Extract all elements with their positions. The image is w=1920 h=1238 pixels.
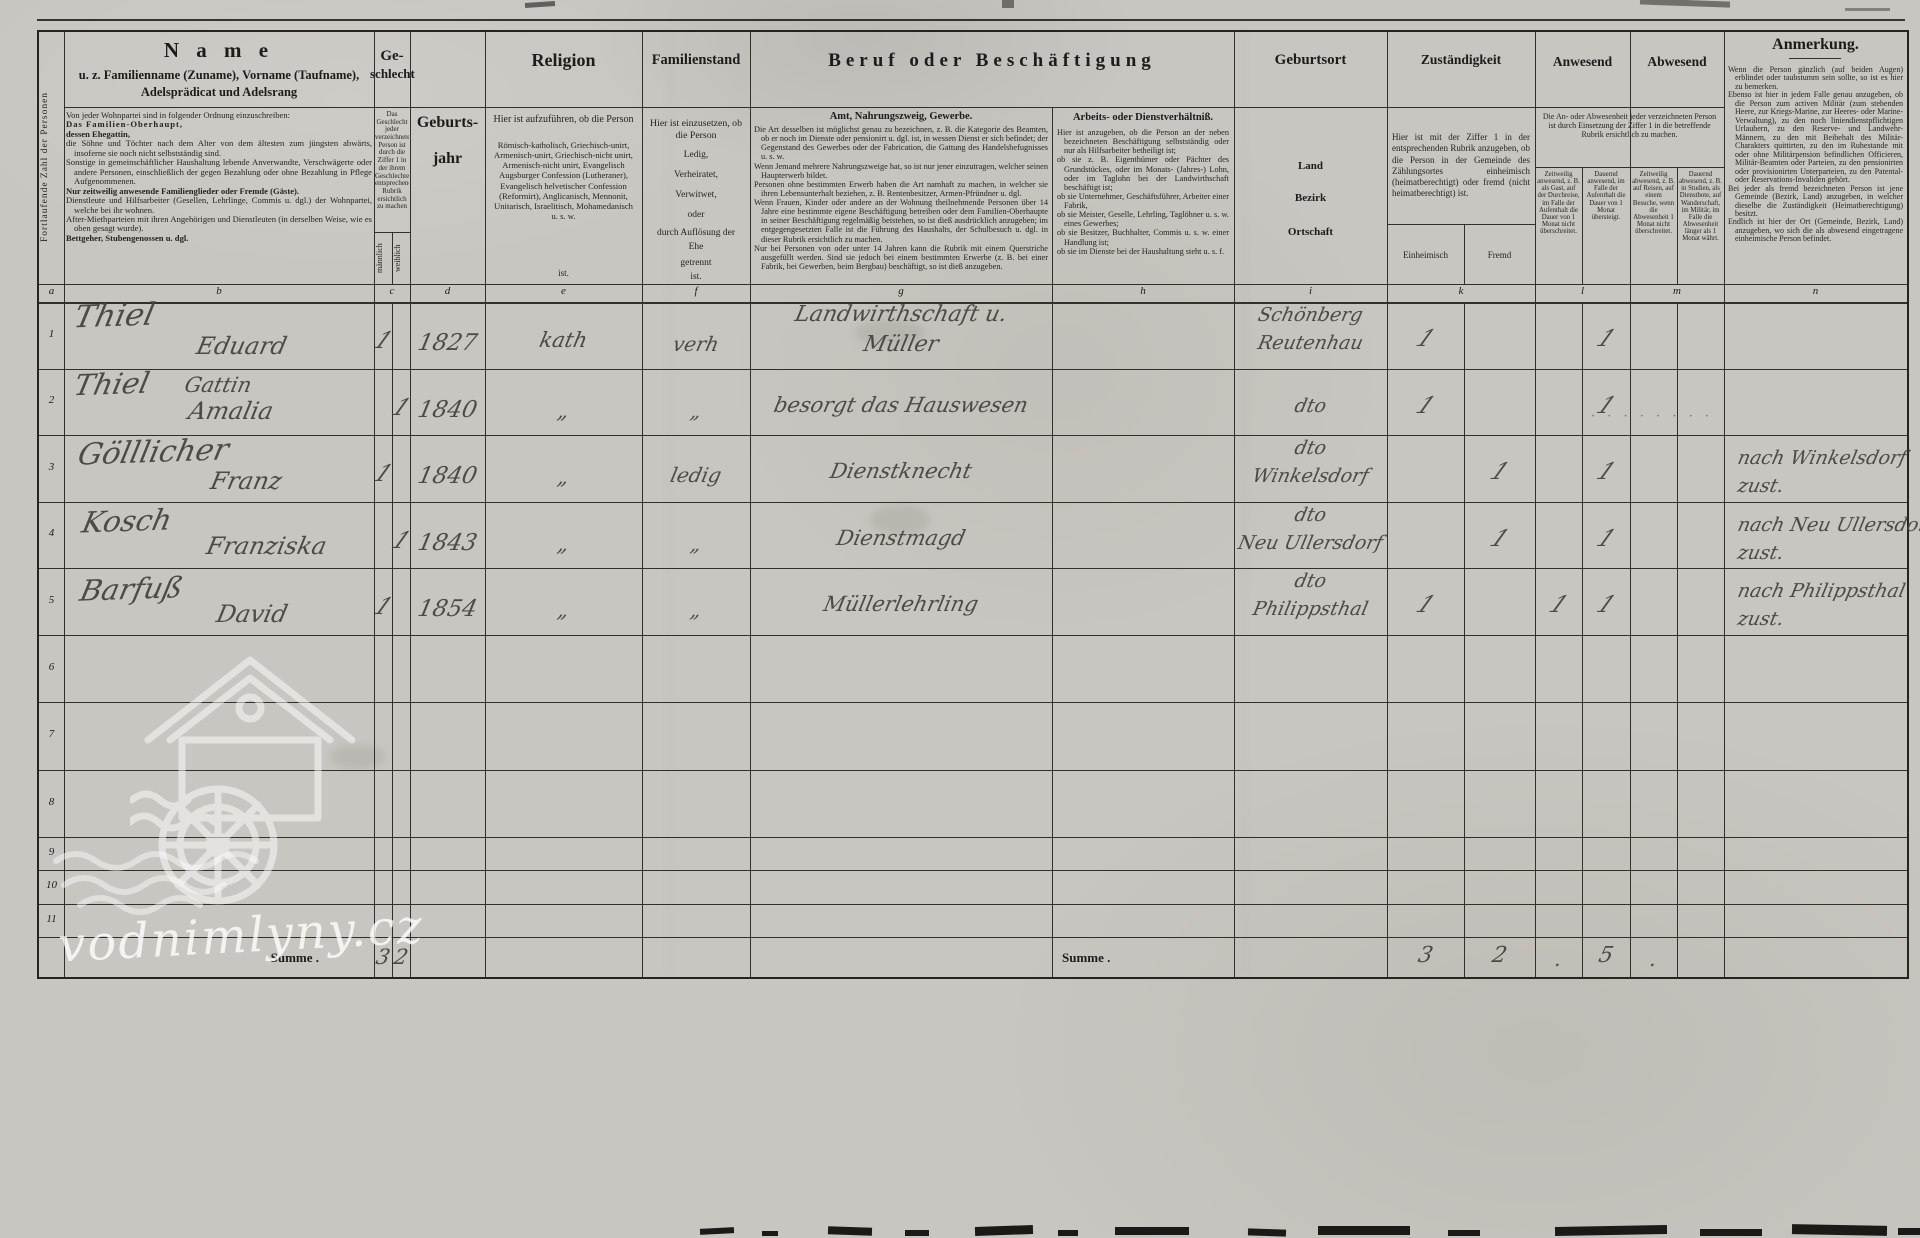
row-4-remark-2: zust. — [1736, 542, 1786, 564]
row-5-surname: Barfuß — [77, 570, 186, 608]
row-1-occupation-2: Müller — [747, 332, 1054, 357]
column-letter-c: c — [374, 285, 410, 297]
row-5-remark-1: nach Philippsthal — [1736, 580, 1908, 602]
grid-line — [642, 32, 643, 302]
bottom-artifact — [1700, 1229, 1762, 1236]
col-absent-title: Abwesend — [1630, 54, 1724, 70]
row-5-firstname: David — [214, 600, 290, 628]
row-2-birthyear: 1840 — [407, 397, 488, 423]
row-1-gender-mark: 1 — [367, 328, 399, 354]
row-3-firstname: Franz — [208, 467, 284, 495]
row-2-religion: „ — [482, 399, 644, 423]
grid-line — [750, 107, 1234, 108]
grid-line — [750, 32, 751, 302]
grid-line — [39, 502, 1907, 503]
workrelation-paragraph: ob sie Unternehmer, Geschäftsführer, Arb… — [1057, 192, 1229, 210]
col-maritalstatus-opt: Verwitwet, — [642, 190, 750, 200]
column-letter-b: b — [64, 285, 374, 297]
row-5-occupation-1: Müllerlehrling — [747, 592, 1054, 616]
remark-paragraph: Ebenso ist hier in jedem Falle genau anz… — [1728, 91, 1903, 184]
occupation-paragraph: Wenn Frauen, Kinder oder andere an der W… — [754, 198, 1048, 244]
col-domicile-title: Zuständigkeit — [1387, 52, 1535, 68]
column-letter-l: l — [1535, 285, 1630, 297]
col-name-title: N a m e — [64, 38, 374, 63]
workrelation-paragraph: Hier ist anzugeben, ob die Person an der… — [1057, 128, 1229, 155]
row-number: 7 — [39, 728, 64, 740]
bottom-artifact — [700, 1227, 734, 1235]
col-present-temp-label: Zeitweilig anwesend, z. B. als Gast, auf… — [1537, 171, 1580, 281]
column-letter-a: a — [39, 285, 64, 297]
summary-perm-present-total: 5 — [1579, 943, 1632, 968]
row-1-native-mark: 1 — [1380, 326, 1471, 352]
row-number: 8 — [39, 796, 64, 808]
grid-line — [1724, 302, 1725, 977]
col-name-instructions: Von jeder Wohnpartei sind in folgender O… — [66, 111, 372, 283]
col-absent-perm-label: Dauernd abwesend, z. B. in Studien, als … — [1679, 171, 1722, 281]
row-number: 2 — [39, 394, 64, 406]
col-sex-title-2: schlecht — [370, 66, 414, 82]
row-1-birthyear: 1827 — [407, 330, 488, 356]
instruction-item: Bettgeher, Stubengenossen u. dgl. — [66, 234, 372, 243]
grid-line — [1677, 302, 1678, 977]
row-4-religion: „ — [482, 532, 644, 556]
col-name-subtitle-2: Adelsprädicat und Adelsrang — [64, 85, 374, 100]
row-5-status: „ — [639, 598, 752, 622]
row-number: 1 — [39, 328, 64, 340]
col-maritalstatus-opt: Verheiratet, — [642, 170, 750, 180]
bottom-artifact — [1555, 1225, 1667, 1236]
grid-line — [39, 369, 1907, 370]
bottom-artifact — [1448, 1230, 1480, 1236]
instruction-item: Sonstige in gemeinschäftlicher Haushaltu… — [66, 158, 372, 186]
remark-title-rule — [1789, 58, 1841, 59]
col-present-perm-label: Dauernd anwesend, im Falle der Aufenthal… — [1584, 171, 1628, 281]
occupation-paragraph: Wenn Jemand mehrere Nahrungszweige hat, … — [754, 162, 1048, 180]
remark-paragraph: Endlich ist hier der Ort (Gemeinde, Bezi… — [1728, 218, 1903, 243]
grid-line — [1234, 107, 1535, 108]
bottom-artifact — [975, 1225, 1033, 1236]
col-workrelation-subtitle: Arbeits- oder Dienstverhältniß. — [1052, 112, 1234, 123]
col-workrelation-description: Hier ist anzugeben, ob die Person an der… — [1057, 128, 1229, 282]
summary-native-total: 3 — [1384, 943, 1466, 968]
row-1-religion: kath — [482, 328, 644, 352]
row-4-surname: Kosch — [79, 502, 175, 539]
occupation-paragraph: Nur bei Personen von oder unter 14 Jahre… — [754, 244, 1048, 271]
row-5-birthplace-2: Philippsthal — [1232, 598, 1390, 620]
bottom-artifact — [1318, 1226, 1410, 1235]
row-2-dotted-line: · · · · · · · · — [1591, 409, 1721, 424]
col-maritalstatus-opt: ist. — [642, 272, 750, 282]
col-absent-temp-label: Zeitweilig abwesend, z. B. auf Reisen, a… — [1632, 171, 1675, 281]
row-3-birthplace-1: dto — [1232, 437, 1390, 459]
col-maritalstatus-opt: durch Auflösung der — [642, 228, 750, 238]
col-birthyear-title-2: jahr — [410, 150, 485, 168]
workrelation-paragraph: ob sie im Dienste bei der Haushaltung st… — [1057, 247, 1229, 256]
row-number: 5 — [39, 594, 64, 606]
grid-line — [374, 232, 410, 233]
instruction-item: After-Miethparteien mit ihren Angehörige… — [66, 215, 372, 234]
bottom-artifact — [1115, 1227, 1189, 1235]
row-number: 6 — [39, 661, 64, 673]
row-2-native-mark: 1 — [1380, 393, 1471, 419]
row-4-birthplace-1: dto — [1232, 504, 1390, 526]
col-remark-title: Anmerkung. — [1724, 36, 1907, 54]
row-2-surname: Thiel — [71, 366, 153, 403]
row-3-perm-present-mark: 1 — [1575, 459, 1637, 485]
col-maritalstatus-title: Familienstand — [642, 52, 750, 69]
grid-line — [1724, 32, 1725, 302]
grid-line — [392, 302, 393, 977]
column-letter-k: k — [1387, 285, 1535, 297]
grid-line — [39, 284, 1907, 285]
row-2-status: „ — [639, 399, 752, 423]
col-birthplace-title: Geburtsort — [1234, 52, 1387, 69]
row-2-relation: Gattin — [182, 373, 254, 397]
bottom-artifact — [1898, 1228, 1920, 1235]
bottom-artifact — [828, 1226, 872, 1236]
row-4-remark-1: nach Neu Ullersdorf — [1736, 514, 1920, 536]
grid-line — [1387, 224, 1535, 225]
col-serial-vertical-label: Fortlaufende Zahl der Personen — [40, 36, 62, 298]
remark-paragraph: Wenn die Person gänzlich (auf beiden Aug… — [1728, 66, 1903, 91]
row-5-remark-2: zust. — [1736, 608, 1786, 630]
col-sex-description: Das Geschlecht jeder verzeichneten Perso… — [375, 111, 409, 229]
col-present-title: Anwesend — [1535, 54, 1630, 70]
row-1-perm-present-mark: 1 — [1575, 326, 1637, 352]
bottom-artifact — [905, 1230, 929, 1236]
row-1-occupation-1: Landwirthschaft u. — [747, 302, 1054, 327]
column-letter-g: g — [750, 285, 1052, 297]
row-3-gender-mark: 1 — [367, 461, 399, 487]
column-letter-m: m — [1630, 285, 1724, 297]
occupation-paragraph: Personen ohne bestimmten Erwerb haben di… — [754, 180, 1048, 198]
grid-line — [1535, 107, 1724, 108]
grid-line — [39, 568, 1907, 569]
col-sex-title-1: Ge- — [374, 48, 410, 65]
grid-line — [1234, 32, 1235, 302]
row-2-occupation-1: besorgt das Hauswesen — [747, 393, 1054, 417]
row-4-status: „ — [639, 532, 752, 556]
column-letter-e: e — [485, 285, 642, 297]
column-letter-h: h — [1052, 285, 1234, 297]
col-birthyear-title-1: Geburts- — [410, 114, 485, 132]
workrelation-paragraph: ob sie Meister, Geselle, Lehrling, Taglö… — [1057, 210, 1229, 228]
col-occupation-title: Beruf oder Beschäftigung — [750, 50, 1234, 72]
col-domicile-foreign-label: Fremd — [1464, 250, 1535, 260]
grid-line — [64, 107, 750, 108]
grid-line — [392, 232, 393, 284]
workrelation-paragraph: ob sie z. B. Eigenthümer oder Pächter de… — [1057, 155, 1229, 192]
column-letter-n: n — [1724, 285, 1907, 297]
summary-temp-present-total: . — [1532, 947, 1584, 971]
row-5-religion: „ — [482, 598, 644, 622]
col-sex-female-label: weiblich — [393, 234, 409, 282]
col-maritalstatus-intro: Hier ist einzusetzen, ob die Person — [646, 118, 746, 142]
column-letter-f: f — [642, 285, 750, 297]
workrelation-paragraph: ob sie Besitzer, Buchhalter, Commis u. s… — [1057, 228, 1229, 246]
summary-temp-absent-total: . — [1627, 947, 1679, 971]
row-2-firstname: Amalia — [186, 397, 276, 425]
col-birthplace-ortschaft: Ortschaft — [1234, 226, 1387, 238]
row-3-occupation-1: Dienstknecht — [747, 459, 1054, 483]
row-3-remark-1: nach Winkelsdorf — [1736, 447, 1909, 469]
summary-label-right: Summe . — [1062, 950, 1182, 966]
row-1-status: verh — [639, 332, 752, 356]
col-sex-male-label: männlich — [375, 234, 391, 282]
instruction-item: die Söhne und Töchter nach dem Alter von… — [66, 139, 372, 158]
row-4-perm-present-mark: 1 — [1575, 526, 1637, 552]
grid-line — [1677, 167, 1678, 284]
row-1-surname: Thiel — [71, 297, 158, 336]
grid-line — [1464, 224, 1465, 284]
row-5-gender-mark: 1 — [367, 594, 399, 620]
bottom-artifact — [1058, 1230, 1078, 1236]
grid-line — [1387, 32, 1388, 302]
row-number: 3 — [39, 461, 64, 473]
remark-paragraph: Bei jeder als fremd bezeichneten Person … — [1728, 185, 1903, 219]
col-maritalstatus-opt: getrennt — [642, 258, 750, 268]
row-5-birthplace-1: dto — [1232, 570, 1390, 592]
row-2-birthplace-1: dto — [1232, 395, 1390, 417]
row-3-remark-2: zust. — [1736, 475, 1786, 497]
row-4-birthyear: 1843 — [407, 530, 488, 556]
row-4-firstname: Franziska — [204, 532, 329, 560]
row-3-status: ledig — [639, 463, 752, 487]
col-domicile-description: Hier ist mit der Ziffer 1 in der entspre… — [1392, 132, 1530, 220]
col-maritalstatus-opt: Ehe — [642, 242, 750, 252]
grid-line — [39, 635, 1907, 636]
col-religion-title: Religion — [485, 50, 642, 71]
occupation-paragraph: Die Art desselben ist möglichst genau zu… — [754, 125, 1048, 162]
grid-line — [1582, 167, 1583, 284]
row-5-birthyear: 1854 — [407, 596, 488, 622]
col-birthplace-bezirk: Bezirk — [1234, 192, 1387, 204]
row-3-birthplace-2: Winkelsdorf — [1232, 465, 1390, 487]
col-domicile-native-label: Einheimisch — [1387, 250, 1464, 260]
row-3-foreign-mark: 1 — [1457, 459, 1542, 485]
instruction-item: Dienstleute und Hilfsarbeiter (Gesellen,… — [66, 196, 372, 215]
scan-artifact — [1640, 0, 1730, 8]
scan-artifact — [1002, 0, 1014, 8]
grid-line — [485, 32, 486, 302]
col-occupation-subtitle: Amt, Nahrungszweig, Gewerbe. — [750, 111, 1052, 122]
grid-line — [39, 435, 1907, 436]
col-maritalstatus-opt: oder — [642, 210, 750, 220]
column-letter-i: i — [1234, 285, 1387, 297]
row-3-religion: „ — [482, 465, 644, 489]
grid-line — [1052, 107, 1053, 302]
row-3-birthyear: 1840 — [407, 463, 488, 489]
col-maritalstatus-opt: Ledig, — [642, 150, 750, 160]
grid-line — [64, 32, 65, 302]
row-1-birthplace-1: Schönberg — [1232, 304, 1390, 326]
col-name-subtitle-1: u. z. Familienname (Zuname), Vorname (Ta… — [64, 68, 374, 83]
row-5-native-mark: 1 — [1380, 592, 1471, 618]
grid-line — [410, 32, 411, 302]
col-religion-outro: ist. — [491, 268, 636, 278]
row-3-surname: Gölllicher — [75, 432, 232, 472]
grid-line — [1535, 302, 1536, 977]
top-rule-artifact — [37, 19, 1905, 21]
col-occupation-description: Die Art desselben ist möglichst genau zu… — [754, 125, 1048, 282]
col-remark-description: Wenn die Person gänzlich (auf beiden Aug… — [1728, 66, 1903, 282]
row-4-birthplace-2: Neu Ullersdorf — [1232, 532, 1390, 554]
row-1-firstname: Eduard — [194, 332, 289, 360]
bottom-artifact — [762, 1231, 778, 1236]
grid-line — [374, 302, 375, 977]
scan-artifact — [1845, 8, 1890, 11]
col-religion-intro: Hier ist aufzuführen, ob die Person — [491, 114, 636, 126]
column-letter-d: d — [410, 285, 485, 297]
row-1-birthplace-2: Reutenhau — [1232, 332, 1390, 354]
summary-foreign-total: 2 — [1461, 943, 1537, 968]
grid-line — [1535, 167, 1724, 168]
col-birthplace-land: Land — [1234, 160, 1387, 172]
row-number: 4 — [39, 527, 64, 539]
row-4-foreign-mark: 1 — [1457, 526, 1542, 552]
bottom-artifact — [1248, 1228, 1286, 1236]
scan-artifact — [525, 1, 555, 8]
bottom-artifact — [1792, 1224, 1887, 1236]
col-religion-list: Römisch-katholisch, Griechisch-unirt, Ar… — [491, 140, 636, 264]
row-4-occupation-1: Dienstmagd — [747, 526, 1054, 550]
census-form-scan: Fortlaufende Zahl der Personen N a m e u… — [0, 0, 1920, 1238]
grid-line — [374, 32, 375, 302]
